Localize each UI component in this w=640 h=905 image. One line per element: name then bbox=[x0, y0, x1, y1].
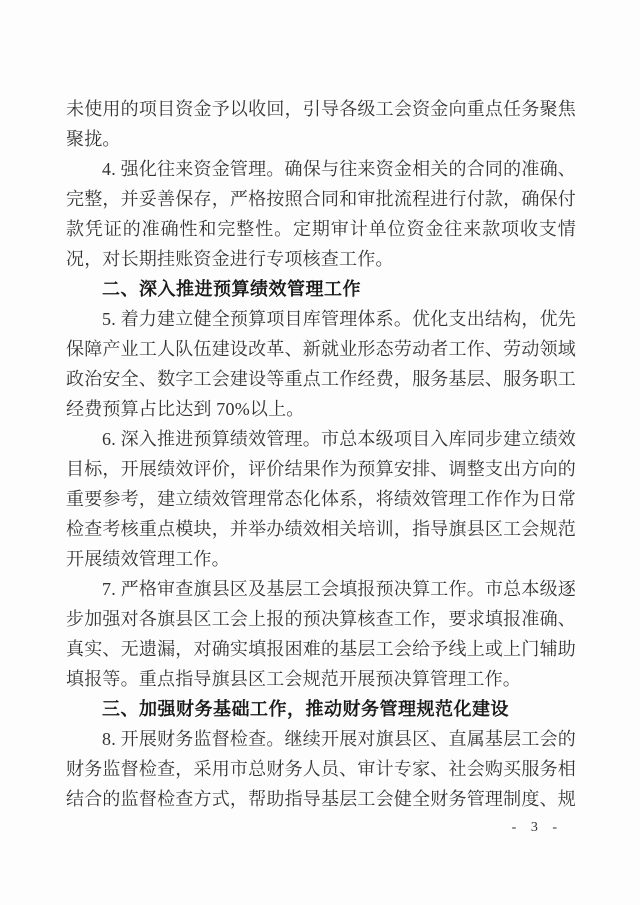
text-line: 4. 强化往来资金管理。确保与往来资金相关的合同的准确、 bbox=[66, 154, 576, 184]
text-line: 重要参考，建立绩效管理常态化体系，将绩效管理工作作为日常 bbox=[66, 484, 576, 514]
text-line: 经费预算占比达到 70%以上。 bbox=[66, 394, 576, 424]
text-line: 完整，并妥善保存，严格按照合同和审批流程进行付款，确保付 bbox=[66, 184, 576, 214]
text-line: 检查考核重点模块，并举办绩效相关培训，指导旗县区工会规范 bbox=[66, 514, 576, 544]
text-line: 政治安全、数字工会建设等重点工作经费，服务基层、服务职工 bbox=[66, 364, 576, 394]
document-page: 未使用的项目资金予以收回，引导各级工会资金向重点任务聚焦聚拢。4. 强化往来资金… bbox=[0, 0, 640, 905]
text-line: 6. 深入推进预算绩效管理。市总本级项目入库同步建立绩效 bbox=[66, 424, 576, 454]
section-heading: 三、加强财务基础工作，推动财务管理规范化建设 bbox=[66, 694, 576, 724]
text-line: 款凭证的准确性和完整性。定期审计单位资金往来款项收支情 bbox=[66, 214, 576, 244]
page-number: - 3 - bbox=[512, 820, 560, 836]
text-line: 结合的监督检查方式，帮助指导基层工会健全财务管理制度、规 bbox=[66, 784, 576, 814]
text-line: 聚拢。 bbox=[66, 124, 576, 154]
text-line: 未使用的项目资金予以收回，引导各级工会资金向重点任务聚焦 bbox=[66, 94, 576, 124]
text-line: 填报等。重点指导旗县区工会规范开展预决算管理工作。 bbox=[66, 664, 576, 694]
text-line: 5. 着力建立健全预算项目库管理体系。优化支出结构，优先 bbox=[66, 304, 576, 334]
text-line: 7. 严格审查旗县区及基层工会填报预决算工作。市总本级逐 bbox=[66, 574, 576, 604]
text-line: 步加强对各旗县区工会上报的预决算核查工作，要求填报准确、 bbox=[66, 604, 576, 634]
section-heading: 二、深入推进预算绩效管理工作 bbox=[66, 274, 576, 304]
text-line: 真实、无遗漏，对确实填报困难的基层工会给予线上或上门辅助 bbox=[66, 634, 576, 664]
text-line: 8. 开展财务监督检查。继续开展对旗县区、直属基层工会的 bbox=[66, 724, 576, 754]
document-body: 未使用的项目资金予以收回，引导各级工会资金向重点任务聚焦聚拢。4. 强化往来资金… bbox=[66, 94, 576, 814]
text-line: 保障产业工人队伍建设改革、新就业形态劳动者工作、劳动领域 bbox=[66, 334, 576, 364]
text-line: 况，对长期挂账资金进行专项核查工作。 bbox=[66, 244, 576, 274]
text-line: 目标，开展绩效评价，评价结果作为预算安排、调整支出方向的 bbox=[66, 454, 576, 484]
text-line: 财务监督检查，采用市总财务人员、审计专家、社会购买服务相 bbox=[66, 754, 576, 784]
text-line: 开展绩效管理工作。 bbox=[66, 544, 576, 574]
